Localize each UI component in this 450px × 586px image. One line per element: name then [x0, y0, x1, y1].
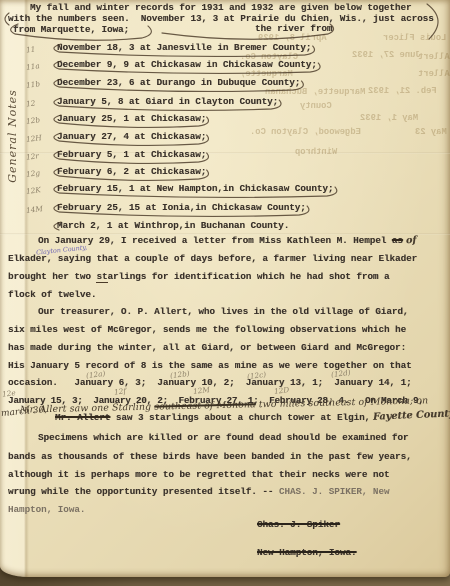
record-line: 12KFebruary 15, 1 at New Hampton,in Chic… — [0, 184, 450, 196]
para4-line4: wrung while the opportunity presented it… — [8, 487, 390, 497]
para2-line3: brought her two starlings for identifica… — [8, 272, 390, 282]
para2-line3-b: arlings for identification which he had … — [108, 271, 390, 282]
para2-line1: On January 29, I received a letter from … — [38, 236, 416, 246]
record-margin-code: 11a — [26, 61, 41, 72]
letter-page: April 8, 1929Louis FlicerClayton Co.June… — [0, 0, 450, 577]
record-margin-code: 12g — [26, 168, 41, 179]
para4-line2: bands as thousands of these birds have b… — [8, 452, 412, 462]
record-line: March 2, 1 at Winthrop,in Buchanan Count… — [0, 221, 450, 233]
struck-signature-city: New Hampton, Iowa. — [257, 548, 357, 557]
para4-line4-text: wrung while the opportunity presented it… — [8, 486, 279, 497]
handwritten-fayette-county: Fayette County. — [373, 409, 450, 423]
record-line: 12January 5, 8 at Giard in Clayton Count… — [0, 97, 450, 109]
underlined-letters: st — [96, 271, 107, 283]
record-text: January 27, 4 at Chickasaw; — [57, 132, 206, 142]
para1-line3-right: the river from — [255, 24, 332, 34]
para1-line2: with the numbers seen. November 13, 3 at… — [8, 14, 434, 24]
struck-mr-allert: Mr. Allert — [55, 412, 110, 423]
para4-line3: although it is perhaps more to be regret… — [8, 470, 390, 480]
record-margin-code: 11b — [26, 79, 41, 90]
record-text: February 6, 2 at Chickasaw; — [57, 167, 206, 177]
record-text: December 9, 9 at Chickasaw in Chickasaw … — [57, 60, 317, 70]
record-text: February 25, 15 at Ionia,in Chickasaw Co… — [57, 203, 306, 213]
bleedthrough-text: Louis Flicer — [383, 33, 446, 43]
record-line: 12gFebruary 6, 2 at Chickasaw; — [0, 167, 450, 179]
pencil-code: 12e — [2, 388, 17, 399]
para3-line7: Mr. Allert saw 3 starlings about a churc… — [55, 413, 450, 423]
para4-line5: Hampton, Iowa. — [8, 505, 85, 515]
record-margin-code: 12H — [26, 133, 43, 144]
para2-line2: Elkader, saying that a couple of days be… — [8, 254, 417, 264]
para3-line5: occasion. January 6, 3; January 10, 2; J… — [8, 378, 412, 388]
record-line: 11aDecember 9, 9 at Chickasaw in Chickas… — [0, 60, 450, 72]
para3-line3: has made during the winter, all at Giard… — [8, 343, 406, 353]
record-text: March 2, 1 at Winthrop,in Buchanan Count… — [57, 221, 289, 231]
correction-struck: southeast of Monona — [154, 399, 256, 412]
record-line: 11November 18, 3 at Janesville in Bremer… — [0, 43, 450, 55]
carbon-signature-part1: CHAS. J. SPIKER, New — [279, 486, 390, 497]
record-margin-code: 12r — [25, 151, 39, 161]
para3-line4: His January 5 record of 8 is the same as… — [8, 361, 412, 371]
record-line: 11bDecember 23, 6 at Durango in Dubuque … — [0, 78, 450, 90]
record-margin-code: 11 — [25, 44, 35, 54]
pencil-code: 12f — [113, 386, 126, 396]
photographed-letter: April 8, 1929Louis FlicerClayton Co.June… — [0, 0, 450, 586]
record-text: January 25, 1 at Chickasaw; — [57, 114, 206, 124]
para3-line1: Our treasurer, O. P. Allert, who lives i… — [38, 307, 408, 317]
record-text: February 5, 1 at Chickasaw; — [57, 150, 206, 160]
record-margin-code: 12 — [25, 98, 35, 108]
record-margin-code: 12b — [26, 115, 41, 126]
record-line: 12rFebruary 5, 1 at Chickasaw; — [0, 150, 450, 162]
para2-line3-a: brought her two — [8, 271, 96, 282]
para1-line1: My fall and winter records for 1931 and … — [30, 3, 412, 13]
pencil-code: 12D — [274, 385, 290, 396]
para4-line1: Specimens which are killed or are found … — [38, 433, 408, 443]
struck-word: as — [392, 235, 403, 246]
para2-line1-text: On January 29, I received a letter from … — [38, 235, 392, 246]
record-line: 14MFebruary 25, 15 at Ionia,in Chickasaw… — [0, 203, 450, 215]
struck-signature-block: Chas. J. Spiker New Hampton, Iowa. — [257, 501, 357, 576]
record-margin-code: 12K — [26, 185, 42, 196]
handwritten-of: of — [406, 236, 417, 247]
margin-handwriting-march30: march 30, — [1, 405, 48, 419]
record-text: February 15, 1 at New Hampton,in Chickas… — [57, 184, 333, 194]
para3-line2: six miles west of McGregor, sends me the… — [8, 325, 406, 335]
record-margin-code: 14M — [26, 204, 44, 215]
para3-line7-text: saw 3 starlings about a church tower at … — [110, 412, 370, 423]
struck-signature-name: Chas. J. Spiker — [257, 520, 357, 529]
record-text: January 5, 8 at Giard in Clayton County; — [57, 97, 278, 107]
para2-line4: flock of twelve. — [8, 290, 96, 300]
record-text: November 18, 3 at Janesville in Bremer C… — [57, 43, 311, 53]
record-line: 12bJanuary 25, 1 at Chickasaw; — [0, 114, 450, 126]
para1-line3-left: from Marquette, Iowa; — [13, 25, 129, 35]
record-text: December 23, 6 at Durango in Dubuque Cou… — [57, 78, 300, 88]
record-line: 12HJanuary 27, 4 at Chickasaw; — [0, 132, 450, 144]
